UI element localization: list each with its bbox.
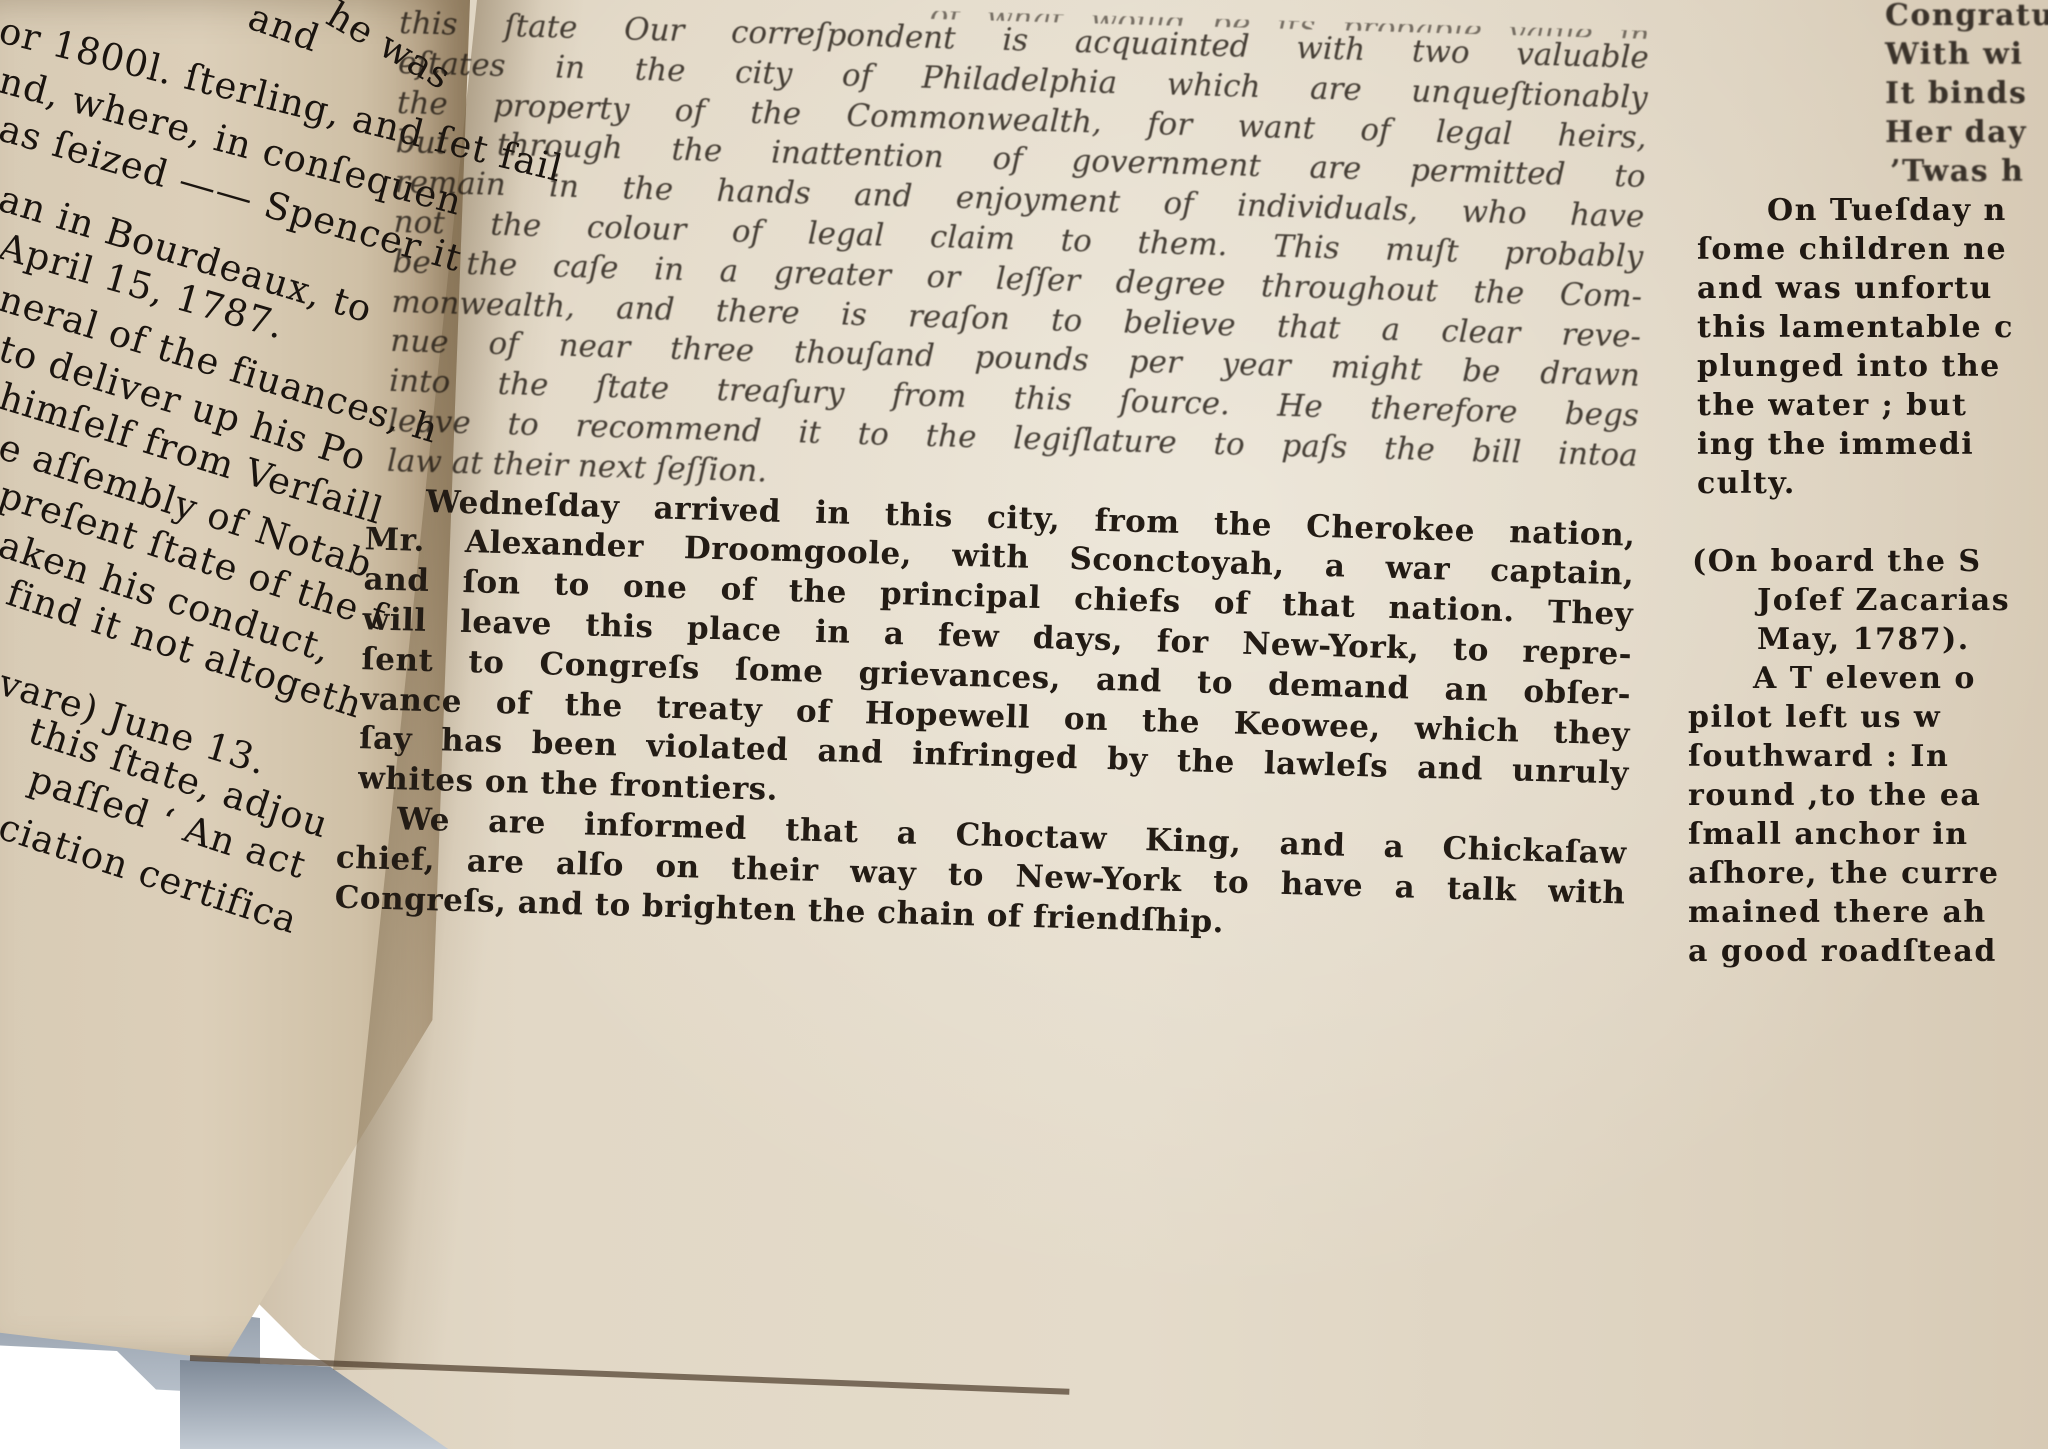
article-paragraph-estates: of what would be its probable value in t… — [386, 0, 1649, 516]
text-line: May, 1787). — [1692, 620, 2048, 659]
text-line: aſhore, the curre — [1688, 854, 2048, 893]
verse-block: Congratu With wi It binds Her day ’Twas … — [1700, 0, 2048, 191]
text-line: Joſef Zacarias — [1692, 581, 2048, 620]
text-line: and — [242, 0, 325, 61]
text-line: and was unfortu — [1697, 269, 2048, 308]
text-line: A T eleven o — [1688, 659, 2048, 698]
center-article-column: of what would be its probable value in t… — [374, 0, 1649, 954]
text-line: mained there ah — [1688, 893, 2048, 932]
verse-line: ’Twas h — [1700, 152, 2048, 191]
article-paragraph-cherokee: Wedneſday arrived in this city, from the… — [358, 481, 1636, 835]
text-line: ſmall anchor in — [1688, 815, 2048, 854]
spacer — [1700, 503, 2048, 542]
text-line: the water ; but — [1697, 386, 2048, 425]
text-line: culty. — [1697, 464, 2048, 503]
text-line: ſome children ne — [1697, 230, 2048, 269]
text-line: ing the immedi — [1697, 425, 2048, 464]
text-line: round ,to the ea — [1688, 776, 2048, 815]
photo-scene: or 1800l. ſterling, and ſet failnd, wher… — [0, 0, 2048, 1449]
verse-line: Congratu — [1700, 0, 2048, 35]
verse-line: Her day — [1700, 113, 2048, 152]
paragraph-eleven: A T eleven o pilot left us w ſouthward :… — [1688, 659, 2048, 971]
right-article-column: Congratu With wi It binds Her day ’Twas … — [1700, 0, 2048, 971]
text-line: pilot left us w — [1688, 698, 2048, 737]
text-line: plunged into the — [1697, 347, 2048, 386]
paragraph-tuesday: On Tueſday n ſome children ne and was un… — [1697, 191, 2048, 503]
text-line: (On board the S — [1692, 542, 2048, 581]
dateline-heading: (On board the S Joſef Zacarias May, 1787… — [1692, 542, 2048, 659]
verse-line: It binds — [1700, 74, 2048, 113]
text-line: a good roadſtead — [1688, 932, 2048, 971]
text-line: ſouthward : In — [1688, 737, 2048, 776]
verse-line: With wi — [1700, 35, 2048, 74]
text-line: this lamentable c — [1697, 308, 2048, 347]
text-line: On Tueſday n — [1697, 191, 2048, 230]
